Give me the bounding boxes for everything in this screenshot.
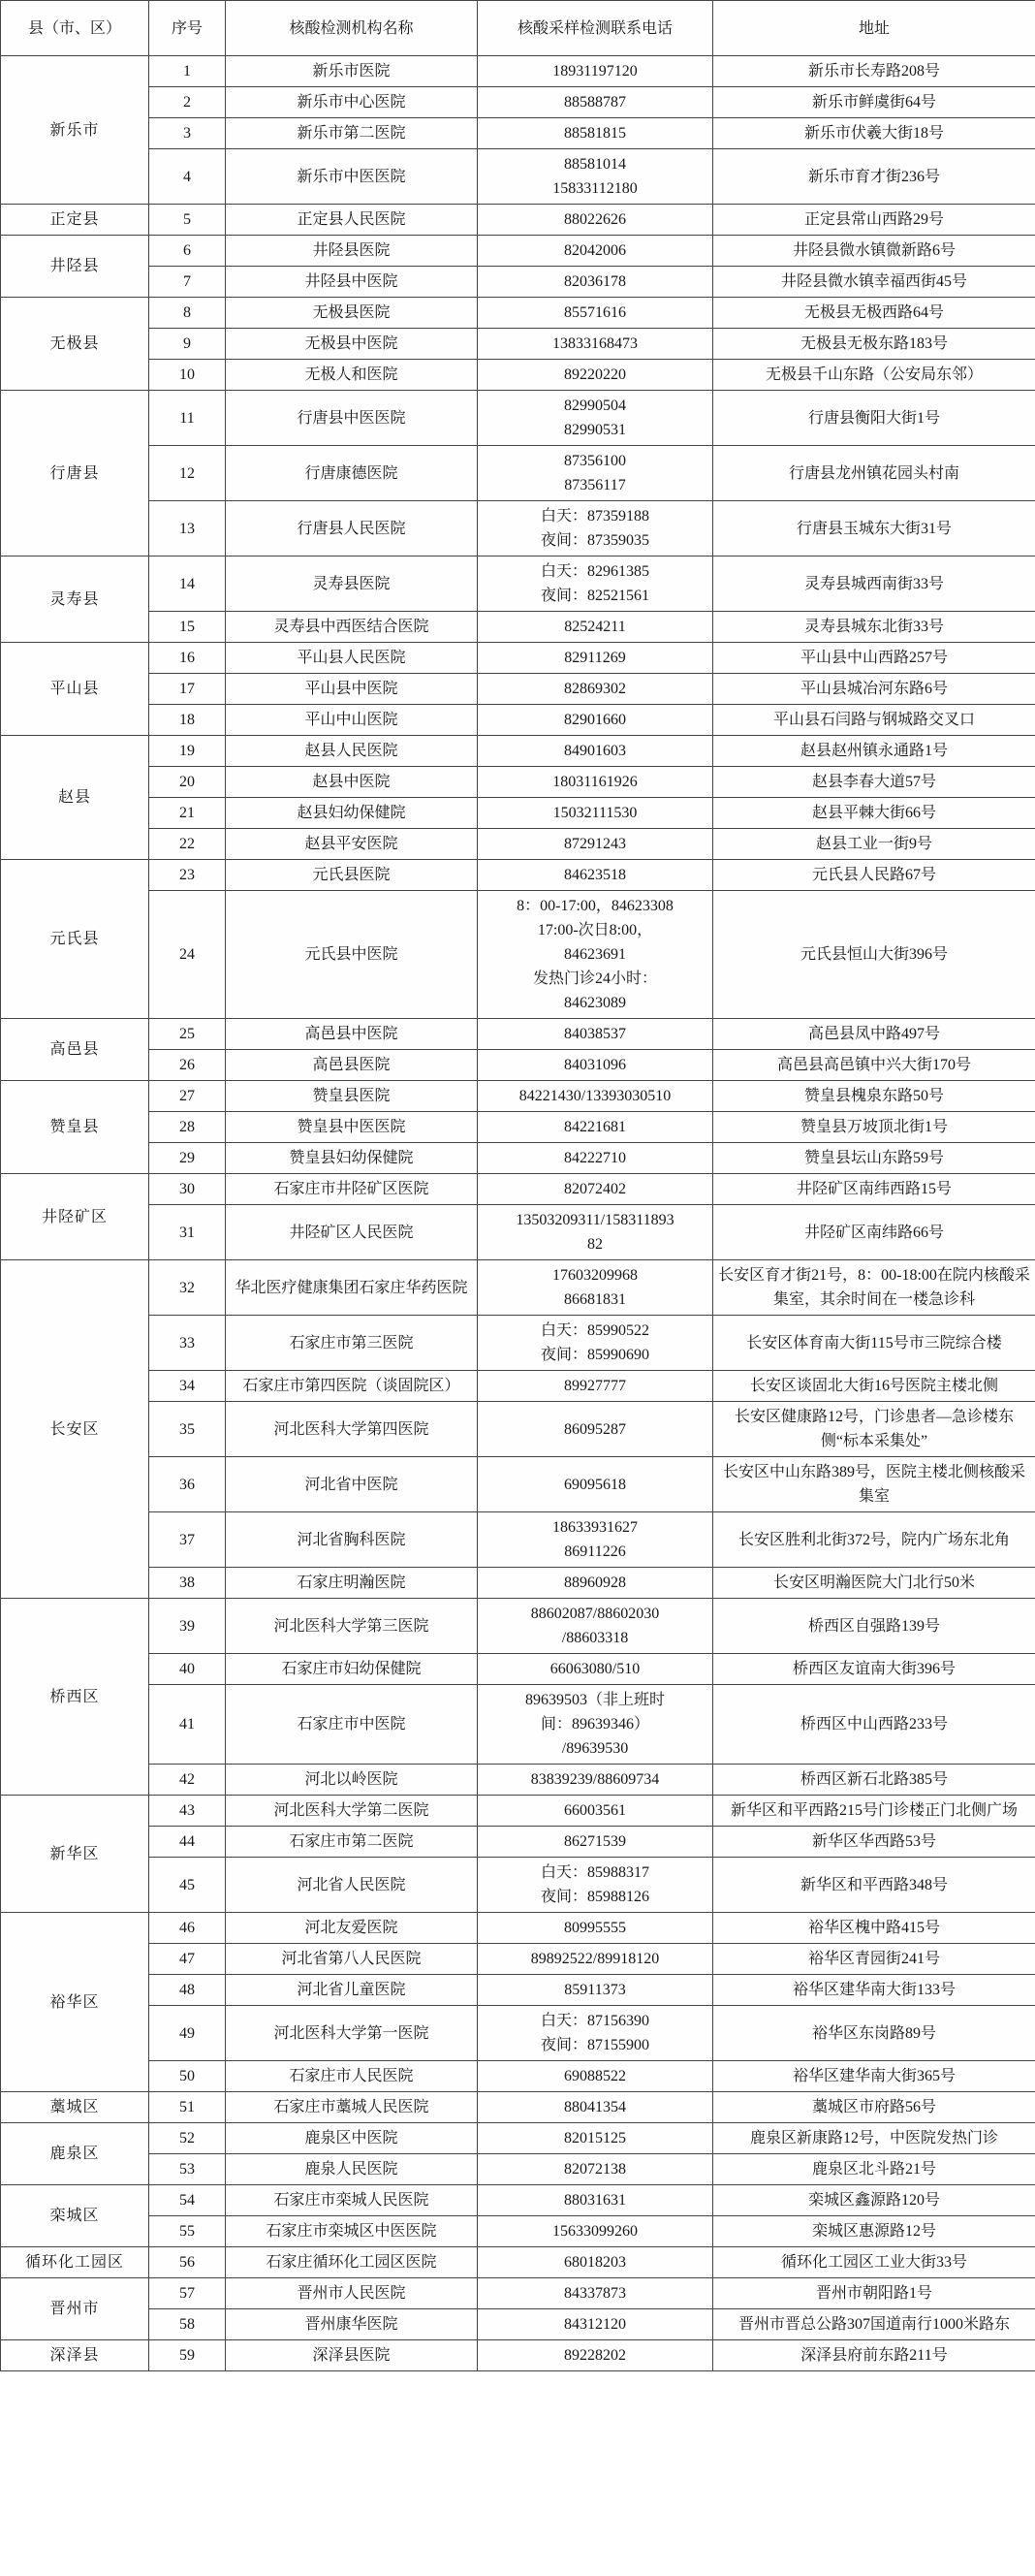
row-number-cell: 45 [149, 1858, 226, 1913]
institution-name-cell: 无极人和医院 [226, 360, 478, 391]
phone-cell: 88960928 [478, 1568, 713, 1599]
phone-cell: 66003561 [478, 1796, 713, 1827]
institution-name-cell: 新乐市中医医院 [226, 149, 478, 205]
address-cell: 赵县平棘大街66号 [713, 798, 1035, 829]
institution-name-cell: 井陉县医院 [226, 236, 478, 267]
institution-name-cell: 河北医科大学第一医院 [226, 2006, 478, 2061]
table-row: 26高邑县医院84031096高邑县高邑镇中兴大街170号 [1, 1050, 1035, 1081]
table-row: 2新乐市中心医院88588787新乐市鲜虞街64号 [1, 87, 1035, 118]
row-number-cell: 12 [149, 446, 226, 501]
address-cell: 井陉县微水镇幸福西街45号 [713, 267, 1035, 298]
institution-name-cell: 石家庄市第四医院（谈固院区） [226, 1371, 478, 1402]
row-number-cell: 11 [149, 391, 226, 446]
table-row: 41石家庄市中医院89639503（非上班时 间：89639346） /8963… [1, 1685, 1035, 1765]
table-row: 平山县16平山县人民医院82911269平山县中山西路257号 [1, 643, 1035, 674]
row-number-cell: 38 [149, 1568, 226, 1599]
phone-cell: 84031096 [478, 1050, 713, 1081]
institution-name-cell: 平山县人民医院 [226, 643, 478, 674]
address-cell: 裕华区建华南大街133号 [713, 1975, 1035, 2006]
address-cell: 新乐市伏羲大街18号 [713, 118, 1035, 149]
table-row: 栾城区54石家庄市栾城人民医院88031631栾城区鑫源路120号 [1, 2185, 1035, 2216]
row-number-cell: 2 [149, 87, 226, 118]
address-cell: 栾城区惠源路12号 [713, 2216, 1035, 2247]
institution-name-cell: 元氏县中医院 [226, 891, 478, 1019]
institution-name-cell: 新乐市中心医院 [226, 87, 478, 118]
address-cell: 无极县无极西路64号 [713, 298, 1035, 329]
phone-cell: 84337873 [478, 2278, 713, 2309]
row-number-cell: 9 [149, 329, 226, 360]
county-cell: 桥西区 [1, 1599, 149, 1796]
table-row: 行唐县11行唐县中医医院82990504 82990531行唐县衡阳大街1号 [1, 391, 1035, 446]
institution-name-cell: 赞皇县医院 [226, 1081, 478, 1112]
table-body: 新乐市1新乐市医院18931197120新乐市长寿路208号2新乐市中心医院88… [1, 56, 1035, 2371]
institution-name-cell: 深泽县医院 [226, 2340, 478, 2371]
table-row: 58晋州康华医院84312120晋州市晋总公路307国道南行1000米路东 [1, 2309, 1035, 2340]
county-cell: 赞皇县 [1, 1081, 149, 1174]
table-row: 12行唐康德医院87356100 87356117行唐县龙州镇花园头村南 [1, 446, 1035, 501]
phone-cell: 88581815 [478, 118, 713, 149]
table-row: 长安区32华北医疗健康集团石家庄华药医院17603209968 86681831… [1, 1260, 1035, 1316]
table-row: 29赞皇县妇幼保健院84222710赞皇县坛山东路59号 [1, 1143, 1035, 1174]
institution-name-cell: 华北医疗健康集团石家庄华药医院 [226, 1260, 478, 1316]
institution-name-cell: 河北省第八人民医院 [226, 1944, 478, 1975]
row-number-cell: 15 [149, 612, 226, 643]
row-number-cell: 8 [149, 298, 226, 329]
address-cell: 裕华区东岗路89号 [713, 2006, 1035, 2061]
row-number-cell: 26 [149, 1050, 226, 1081]
institution-name-cell: 平山中山医院 [226, 705, 478, 736]
phone-cell: 13503209311/158311893 82 [478, 1205, 713, 1260]
table-row: 15灵寿县中西医结合医院82524211灵寿县城东北街33号 [1, 612, 1035, 643]
county-cell: 无极县 [1, 298, 149, 391]
row-number-cell: 55 [149, 2216, 226, 2247]
table-row: 循环化工园区56石家庄循环化工园区医院68018203循环化工园区工业大街33号 [1, 2247, 1035, 2278]
row-number-cell: 1 [149, 56, 226, 87]
header-phone: 核酸采样检测联系电话 [478, 1, 713, 56]
row-number-cell: 35 [149, 1402, 226, 1457]
table-row: 44石家庄市第二医院86271539新华区华西路53号 [1, 1827, 1035, 1858]
phone-cell: 84901603 [478, 736, 713, 767]
table-row: 深泽县59深泽县医院89228202深泽县府前东路211号 [1, 2340, 1035, 2371]
address-cell: 平山县石闫路与钢城路交叉口 [713, 705, 1035, 736]
address-cell: 裕华区建华南大街365号 [713, 2061, 1035, 2092]
county-cell: 行唐县 [1, 391, 149, 557]
row-number-cell: 24 [149, 891, 226, 1019]
address-cell: 裕华区青园街241号 [713, 1944, 1035, 1975]
table-row: 21赵县妇幼保健院15032111530赵县平棘大街66号 [1, 798, 1035, 829]
phone-cell: 88602087/88602030 /88603318 [478, 1599, 713, 1654]
table-row: 48河北省儿童医院85911373裕华区建华南大街133号 [1, 1975, 1035, 2006]
phone-cell: 15633099260 [478, 2216, 713, 2247]
address-cell: 行唐县衡阳大街1号 [713, 391, 1035, 446]
phone-cell: 89892522/89918120 [478, 1944, 713, 1975]
row-number-cell: 56 [149, 2247, 226, 2278]
institution-name-cell: 鹿泉区中医院 [226, 2123, 478, 2154]
phone-cell: 白天：82961385 夜间：82521561 [478, 557, 713, 612]
table-row: 20赵县中医院18031161926赵县李春大道57号 [1, 767, 1035, 798]
phone-cell: 白天：85988317 夜间：85988126 [478, 1858, 713, 1913]
table-row: 37河北省胸科医院18633931627 86911226长安区胜利北街372号… [1, 1512, 1035, 1568]
row-number-cell: 21 [149, 798, 226, 829]
table-row: 45河北省人民医院白天：85988317 夜间：85988126新华区和平西路3… [1, 1858, 1035, 1913]
phone-cell: 88031631 [478, 2185, 713, 2216]
address-cell: 赞皇县万坡顶北街1号 [713, 1112, 1035, 1143]
address-cell: 长安区明瀚医院大门北行50米 [713, 1568, 1035, 1599]
institution-name-cell: 井陉县中医院 [226, 267, 478, 298]
phone-cell: 8：00-17:00，84623308 17:00-次日8:00， 846236… [478, 891, 713, 1019]
phone-cell: 82072138 [478, 2154, 713, 2185]
institution-name-cell: 石家庄市第三医院 [226, 1316, 478, 1371]
table-row: 灵寿县14灵寿县医院白天：82961385 夜间：82521561灵寿县城西南街… [1, 557, 1035, 612]
county-cell: 高邑县 [1, 1019, 149, 1081]
county-cell: 晋州市 [1, 2278, 149, 2340]
table-row: 42河北以岭医院83839239/88609734桥西区新石北路385号 [1, 1765, 1035, 1796]
institution-name-cell: 河北省胸科医院 [226, 1512, 478, 1568]
phone-cell: 13833168473 [478, 329, 713, 360]
table-row: 高邑县25高邑县中医院84038537高邑县凤中路497号 [1, 1019, 1035, 1050]
phone-cell: 80995555 [478, 1913, 713, 1944]
row-number-cell: 52 [149, 2123, 226, 2154]
row-number-cell: 40 [149, 1654, 226, 1685]
header-address: 地址 [713, 1, 1035, 56]
table-row: 无极县8无极县医院85571616无极县无极西路64号 [1, 298, 1035, 329]
table-row: 47河北省第八人民医院89892522/89918120裕华区青园街241号 [1, 1944, 1035, 1975]
institution-name-cell: 石家庄市栾城区中医医院 [226, 2216, 478, 2247]
phone-cell: 82901660 [478, 705, 713, 736]
address-cell: 元氏县恒山大街396号 [713, 891, 1035, 1019]
county-cell: 循环化工园区 [1, 2247, 149, 2278]
table-row: 鹿泉区52鹿泉区中医院82015125鹿泉区新康路12号，中医院发热门诊 [1, 2123, 1035, 2154]
address-cell: 井陉矿区南纬路66号 [713, 1205, 1035, 1260]
table-row: 元氏县23元氏县医院84623518元氏县人民路67号 [1, 860, 1035, 891]
address-cell: 桥西区友谊南大街396号 [713, 1654, 1035, 1685]
row-number-cell: 4 [149, 149, 226, 205]
phone-cell: 84222710 [478, 1143, 713, 1174]
row-number-cell: 3 [149, 118, 226, 149]
address-cell: 长安区中山东路389号，医院主楼北侧核酸采集室 [713, 1457, 1035, 1512]
institution-name-cell: 赵县妇幼保健院 [226, 798, 478, 829]
institution-name-cell: 灵寿县中西医结合医院 [226, 612, 478, 643]
table-row: 50石家庄市人民医院69088522裕华区建华南大街365号 [1, 2061, 1035, 2092]
institution-name-cell: 河北省儿童医院 [226, 1975, 478, 2006]
address-cell: 长安区健康路12号，门诊患者—急诊楼东侧“标本采集处” [713, 1402, 1035, 1457]
county-cell: 井陉县 [1, 236, 149, 298]
address-cell: 赵县赵州镇永通路1号 [713, 736, 1035, 767]
address-cell: 鹿泉区新康路12号，中医院发热门诊 [713, 2123, 1035, 2154]
address-cell: 灵寿县城东北街33号 [713, 612, 1035, 643]
table-row: 赞皇县27赞皇县医院84221430/13393030510赞皇县槐泉东路50号 [1, 1081, 1035, 1112]
row-number-cell: 54 [149, 2185, 226, 2216]
address-cell: 鹿泉区北斗路21号 [713, 2154, 1035, 2185]
address-cell: 平山县中山西路257号 [713, 643, 1035, 674]
institution-name-cell: 河北医科大学第三医院 [226, 1599, 478, 1654]
address-cell: 桥西区自强路139号 [713, 1599, 1035, 1654]
institution-name-cell: 井陉矿区人民医院 [226, 1205, 478, 1260]
table-row: 36河北省中医院69095618长安区中山东路389号，医院主楼北侧核酸采集室 [1, 1457, 1035, 1512]
row-number-cell: 51 [149, 2092, 226, 2123]
row-number-cell: 17 [149, 674, 226, 705]
county-cell: 栾城区 [1, 2185, 149, 2247]
table-row: 晋州市57晋州市人民医院84337873晋州市朝阳路1号 [1, 2278, 1035, 2309]
institution-name-cell: 无极县医院 [226, 298, 478, 329]
row-number-cell: 37 [149, 1512, 226, 1568]
row-number-cell: 13 [149, 501, 226, 557]
institution-name-cell: 赞皇县中医医院 [226, 1112, 478, 1143]
institution-name-cell: 石家庄循环化工园区医院 [226, 2247, 478, 2278]
table-row: 9无极县中医院13833168473无极县无极东路183号 [1, 329, 1035, 360]
table-row: 22赵县平安医院87291243赵县工业一街9号 [1, 829, 1035, 860]
county-cell: 平山县 [1, 643, 149, 736]
row-number-cell: 10 [149, 360, 226, 391]
county-cell: 长安区 [1, 1260, 149, 1599]
county-cell: 正定县 [1, 205, 149, 236]
row-number-cell: 20 [149, 767, 226, 798]
institution-name-cell: 高邑县医院 [226, 1050, 478, 1081]
address-cell: 高邑县高邑镇中兴大街170号 [713, 1050, 1035, 1081]
address-cell: 栾城区鑫源路120号 [713, 2185, 1035, 2216]
table-row: 35河北医科大学第四医院86095287长安区健康路12号，门诊患者—急诊楼东侧… [1, 1402, 1035, 1457]
header-institution-name: 核酸检测机构名称 [226, 1, 478, 56]
table-row: 4新乐市中医医院88581014 15833112180新乐市育才街236号 [1, 149, 1035, 205]
county-cell: 井陉矿区 [1, 1174, 149, 1260]
address-cell: 长安区体育南大街115号市三院综合楼 [713, 1316, 1035, 1371]
phone-cell: 84312120 [478, 2309, 713, 2340]
phone-cell: 84221430/13393030510 [478, 1081, 713, 1112]
table-row: 井陉矿区30石家庄市井陉矿区医院82072402井陉矿区南纬西路15号 [1, 1174, 1035, 1205]
row-number-cell: 22 [149, 829, 226, 860]
county-cell: 裕华区 [1, 1913, 149, 2092]
institution-name-cell: 无极县中医院 [226, 329, 478, 360]
phone-cell: 白天：87359188 夜间：87359035 [478, 501, 713, 557]
address-cell: 无极县千山东路（公安局东邻） [713, 360, 1035, 391]
phone-cell: 88588787 [478, 87, 713, 118]
institution-name-cell: 石家庄市妇幼保健院 [226, 1654, 478, 1685]
county-cell: 新乐市 [1, 56, 149, 205]
institution-name-cell: 石家庄市人民医院 [226, 2061, 478, 2092]
row-number-cell: 53 [149, 2154, 226, 2185]
institution-name-cell: 赵县平安医院 [226, 829, 478, 860]
institution-name-cell: 赵县人民医院 [226, 736, 478, 767]
address-cell: 赵县李春大道57号 [713, 767, 1035, 798]
row-number-cell: 27 [149, 1081, 226, 1112]
row-number-cell: 19 [149, 736, 226, 767]
table-row: 34石家庄市第四医院（谈固院区）89927777长安区谈固北大街16号医院主楼北… [1, 1371, 1035, 1402]
institution-name-cell: 鹿泉人民医院 [226, 2154, 478, 2185]
institution-name-cell: 石家庄市栾城人民医院 [226, 2185, 478, 2216]
phone-cell: 15032111530 [478, 798, 713, 829]
institution-name-cell: 行唐县人民医院 [226, 501, 478, 557]
header-county: 县（市、区） [1, 1, 149, 56]
address-cell: 无极县无极东路183号 [713, 329, 1035, 360]
phone-cell: 82869302 [478, 674, 713, 705]
address-cell: 新乐市长寿路208号 [713, 56, 1035, 87]
table-row: 裕华区46河北友爱医院80995555裕华区槐中路415号 [1, 1913, 1035, 1944]
phone-cell: 89639503（非上班时 间：89639346） /89639530 [478, 1685, 713, 1765]
address-cell: 高邑县凤中路497号 [713, 1019, 1035, 1050]
table-row: 3新乐市第二医院88581815新乐市伏羲大街18号 [1, 118, 1035, 149]
table-row: 桥西区39河北医科大学第三医院88602087/88602030 /886033… [1, 1599, 1035, 1654]
row-number-cell: 42 [149, 1765, 226, 1796]
row-number-cell: 41 [149, 1685, 226, 1765]
institution-name-cell: 高邑县中医院 [226, 1019, 478, 1050]
address-cell: 长安区胜利北街372号，院内广场东北角 [713, 1512, 1035, 1568]
table-row: 40石家庄市妇幼保健院66063080/510桥西区友谊南大街396号 [1, 1654, 1035, 1685]
row-number-cell: 57 [149, 2278, 226, 2309]
phone-cell: 88022626 [478, 205, 713, 236]
phone-cell: 82015125 [478, 2123, 713, 2154]
institution-name-cell: 平山县中医院 [226, 674, 478, 705]
county-cell: 深泽县 [1, 2340, 149, 2371]
row-number-cell: 39 [149, 1599, 226, 1654]
table-row: 新华区43河北医科大学第二医院66003561新华区和平西路215号门诊楼正门北… [1, 1796, 1035, 1827]
row-number-cell: 31 [149, 1205, 226, 1260]
row-number-cell: 5 [149, 205, 226, 236]
address-cell: 新华区和平西路348号 [713, 1858, 1035, 1913]
phone-cell: 66063080/510 [478, 1654, 713, 1685]
table-row: 38石家庄明瀚医院88960928长安区明瀚医院大门北行50米 [1, 1568, 1035, 1599]
table-row: 井陉县6井陉县医院82042006井陉县微水镇微新路6号 [1, 236, 1035, 267]
county-cell: 元氏县 [1, 860, 149, 1019]
phone-cell: 85911373 [478, 1975, 713, 2006]
table-row: 53鹿泉人民医院82072138鹿泉区北斗路21号 [1, 2154, 1035, 2185]
testing-institutions-table: 县（市、区） 序号 核酸检测机构名称 核酸采样检测联系电话 地址 新乐市1新乐市… [0, 0, 1035, 2371]
institution-name-cell: 晋州市人民医院 [226, 2278, 478, 2309]
phone-cell: 85571616 [478, 298, 713, 329]
address-cell: 新华区华西路53号 [713, 1827, 1035, 1858]
row-number-cell: 44 [149, 1827, 226, 1858]
address-cell: 新华区和平西路215号门诊楼正门北侧广场 [713, 1796, 1035, 1827]
phone-cell: 89220220 [478, 360, 713, 391]
institution-name-cell: 赞皇县妇幼保健院 [226, 1143, 478, 1174]
institution-name-cell: 赵县中医院 [226, 767, 478, 798]
table-row: 10无极人和医院89220220无极县千山东路（公安局东邻） [1, 360, 1035, 391]
address-cell: 循环化工园区工业大街33号 [713, 2247, 1035, 2278]
table-row: 藁城区51石家庄市藁城人民医院88041354藁城区市府路56号 [1, 2092, 1035, 2123]
row-number-cell: 25 [149, 1019, 226, 1050]
row-number-cell: 7 [149, 267, 226, 298]
phone-cell: 18031161926 [478, 767, 713, 798]
phone-cell: 84623518 [478, 860, 713, 891]
address-cell: 长安区育才街21号，8：00-18:00在院内核酸采集室，其余时间在一楼急诊科 [713, 1260, 1035, 1316]
row-number-cell: 58 [149, 2309, 226, 2340]
address-cell: 赞皇县坛山东路59号 [713, 1143, 1035, 1174]
row-number-cell: 49 [149, 2006, 226, 2061]
institution-name-cell: 新乐市医院 [226, 56, 478, 87]
phone-cell: 87356100 87356117 [478, 446, 713, 501]
address-cell: 晋州市晋总公路307国道南行1000米路东 [713, 2309, 1035, 2340]
table-row: 28赞皇县中医医院84221681赞皇县万坡顶北街1号 [1, 1112, 1035, 1143]
row-number-cell: 34 [149, 1371, 226, 1402]
institution-name-cell: 石家庄市中医院 [226, 1685, 478, 1765]
row-number-cell: 33 [149, 1316, 226, 1371]
row-number-cell: 32 [149, 1260, 226, 1316]
address-cell: 藁城区市府路56号 [713, 2092, 1035, 2123]
row-number-cell: 28 [149, 1112, 226, 1143]
table-row: 18平山中山医院82901660平山县石闫路与钢城路交叉口 [1, 705, 1035, 736]
table-row: 49河北医科大学第一医院白天：87156390 夜间：87155900裕华区东岗… [1, 2006, 1035, 2061]
address-cell: 行唐县龙州镇花园头村南 [713, 446, 1035, 501]
address-cell: 裕华区槐中路415号 [713, 1913, 1035, 1944]
table-row: 赵县19赵县人民医院84901603赵县赵州镇永通路1号 [1, 736, 1035, 767]
row-number-cell: 46 [149, 1913, 226, 1944]
address-cell: 桥西区中山西路233号 [713, 1685, 1035, 1765]
row-number-cell: 23 [149, 860, 226, 891]
row-number-cell: 18 [149, 705, 226, 736]
phone-cell: 69095618 [478, 1457, 713, 1512]
row-number-cell: 29 [149, 1143, 226, 1174]
county-cell: 新华区 [1, 1796, 149, 1913]
header-row-number: 序号 [149, 1, 226, 56]
phone-cell: 84221681 [478, 1112, 713, 1143]
row-number-cell: 43 [149, 1796, 226, 1827]
phone-cell: 白天：85990522 夜间：85990690 [478, 1316, 713, 1371]
row-number-cell: 48 [149, 1975, 226, 2006]
address-cell: 新乐市鲜虞街64号 [713, 87, 1035, 118]
institution-name-cell: 河北医科大学第二医院 [226, 1796, 478, 1827]
phone-cell: 86095287 [478, 1402, 713, 1457]
address-cell: 灵寿县城西南街33号 [713, 557, 1035, 612]
table-row: 新乐市1新乐市医院18931197120新乐市长寿路208号 [1, 56, 1035, 87]
table-row: 17平山县中医院82869302平山县城冶河东路6号 [1, 674, 1035, 705]
header-row: 县（市、区） 序号 核酸检测机构名称 核酸采样检测联系电话 地址 [1, 1, 1035, 56]
address-cell: 桥西区新石北路385号 [713, 1765, 1035, 1796]
row-number-cell: 30 [149, 1174, 226, 1205]
phone-cell: 82072402 [478, 1174, 713, 1205]
institution-name-cell: 行唐康德医院 [226, 446, 478, 501]
row-number-cell: 36 [149, 1457, 226, 1512]
table-row: 正定县5正定县人民医院88022626正定县常山西路29号 [1, 205, 1035, 236]
phone-cell: 18633931627 86911226 [478, 1512, 713, 1568]
address-cell: 元氏县人民路67号 [713, 860, 1035, 891]
institution-name-cell: 行唐县中医医院 [226, 391, 478, 446]
institution-name-cell: 河北省人民医院 [226, 1858, 478, 1913]
institution-name-cell: 石家庄市第二医院 [226, 1827, 478, 1858]
phone-cell: 18931197120 [478, 56, 713, 87]
address-cell: 长安区谈固北大街16号医院主楼北侧 [713, 1371, 1035, 1402]
phone-cell: 88581014 15833112180 [478, 149, 713, 205]
row-number-cell: 47 [149, 1944, 226, 1975]
phone-cell: 89228202 [478, 2340, 713, 2371]
institution-name-cell: 石家庄明瀚医院 [226, 1568, 478, 1599]
address-cell: 平山县城冶河东路6号 [713, 674, 1035, 705]
row-number-cell: 16 [149, 643, 226, 674]
institution-name-cell: 石家庄市井陉矿区医院 [226, 1174, 478, 1205]
phone-cell: 82990504 82990531 [478, 391, 713, 446]
row-number-cell: 59 [149, 2340, 226, 2371]
row-number-cell: 50 [149, 2061, 226, 2092]
row-number-cell: 6 [149, 236, 226, 267]
address-cell: 赵县工业一街9号 [713, 829, 1035, 860]
institution-name-cell: 元氏县医院 [226, 860, 478, 891]
institution-name-cell: 石家庄市藁城人民医院 [226, 2092, 478, 2123]
institution-name-cell: 新乐市第二医院 [226, 118, 478, 149]
table-row: 31井陉矿区人民医院13503209311/158311893 82井陉矿区南纬… [1, 1205, 1035, 1260]
address-cell: 井陉矿区南纬西路15号 [713, 1174, 1035, 1205]
address-cell: 井陉县微水镇微新路6号 [713, 236, 1035, 267]
phone-cell: 68018203 [478, 2247, 713, 2278]
table-row: 7井陉县中医院82036178井陉县微水镇幸福西街45号 [1, 267, 1035, 298]
county-cell: 灵寿县 [1, 557, 149, 643]
address-cell: 新乐市育才街236号 [713, 149, 1035, 205]
phone-cell: 82042006 [478, 236, 713, 267]
table-row: 13行唐县人民医院白天：87359188 夜间：87359035行唐县玉城东大街… [1, 501, 1035, 557]
table-row: 55石家庄市栾城区中医医院15633099260栾城区惠源路12号 [1, 2216, 1035, 2247]
address-cell: 赞皇县槐泉东路50号 [713, 1081, 1035, 1112]
phone-cell: 89927777 [478, 1371, 713, 1402]
phone-cell: 84038537 [478, 1019, 713, 1050]
institution-name-cell: 正定县人民医院 [226, 205, 478, 236]
table-row: 24元氏县中医院8：00-17:00，84623308 17:00-次日8:00… [1, 891, 1035, 1019]
